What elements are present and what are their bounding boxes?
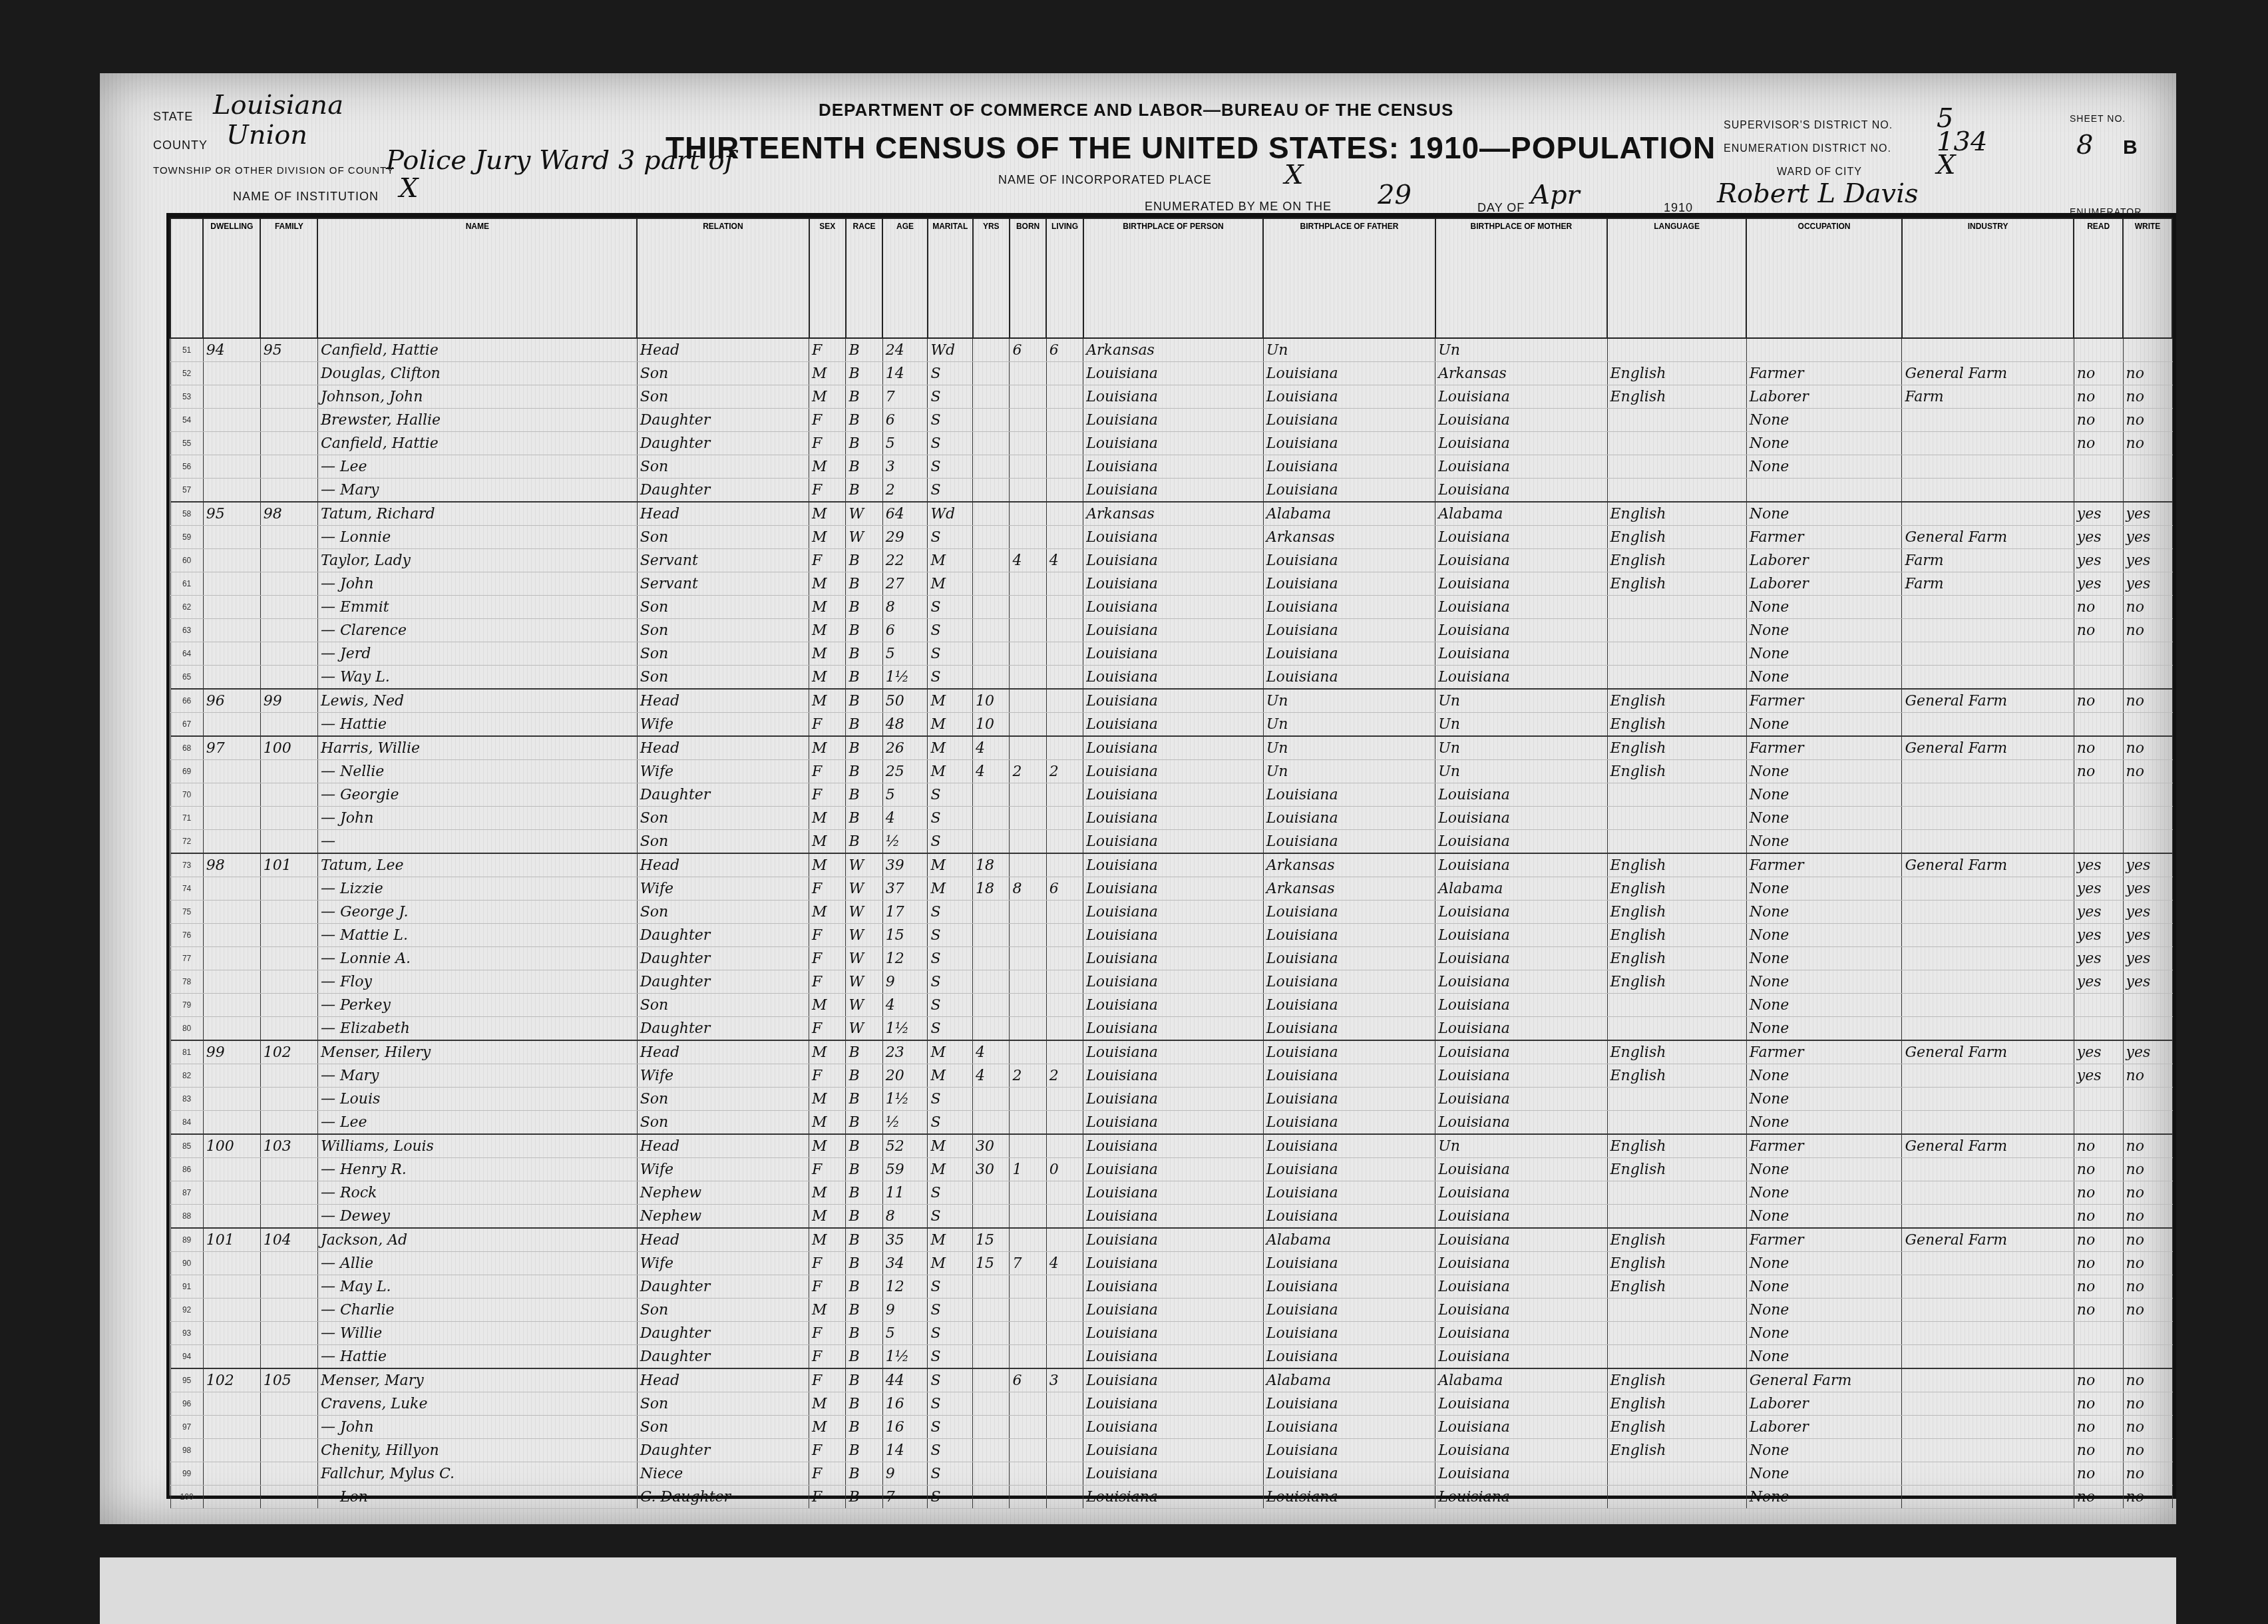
column-header: Name <box>317 218 637 338</box>
cell-ind <box>1902 666 2074 690</box>
cell-sex: F <box>809 1345 846 1369</box>
cell-liv <box>1046 1392 1083 1416</box>
cell-yrs <box>973 642 1010 666</box>
cell-dw <box>203 1111 260 1135</box>
cell-line: 78 <box>170 970 203 994</box>
cell-sex: M <box>809 596 846 619</box>
cell-bp: Louisiana <box>1083 1299 1264 1322</box>
cell-ind: Farm <box>1902 572 2074 596</box>
cell-bm: Louisiana <box>1435 1064 1607 1088</box>
cell-name: — Jerd <box>317 642 637 666</box>
cell-fam <box>260 1322 317 1345</box>
cell-born <box>1010 1392 1046 1416</box>
cell-mar: S <box>928 970 973 994</box>
cell-mar: Wd <box>928 338 973 362</box>
cell-wr: no <box>2123 1275 2172 1299</box>
cell-rd: yes <box>2074 970 2123 994</box>
cell-liv <box>1046 1134 1083 1158</box>
cell-yrs: 18 <box>973 877 1010 901</box>
cell-born <box>1010 1439 1046 1462</box>
cell-bm: Louisiana <box>1435 619 1607 642</box>
cell-lang <box>1607 1205 1746 1229</box>
cell-dw <box>203 1064 260 1088</box>
cell-born: 6 <box>1010 338 1046 362</box>
cell-rd: no <box>2074 689 2123 713</box>
census-row: 92— CharlieSonMB9SLouisianaLouisianaLoui… <box>170 1299 2172 1322</box>
cell-yrs <box>973 619 1010 642</box>
cell-sex: F <box>809 479 846 503</box>
cell-bm: Louisiana <box>1435 1322 1607 1345</box>
cell-rel: Wife <box>637 713 809 737</box>
cell-wr <box>2123 807 2172 830</box>
cell-wr: no <box>2123 760 2172 783</box>
cell-name: — Mary <box>317 479 637 503</box>
cell-occ: Farmer <box>1746 853 1902 877</box>
cell-wr <box>2123 994 2172 1017</box>
cell-bp: Louisiana <box>1083 1462 1264 1486</box>
cell-wr: yes <box>2123 549 2172 572</box>
census-row: 589598Tatum, RichardHeadMW64WdArkansasAl… <box>170 502 2172 526</box>
cell-bm: Louisiana <box>1435 1439 1607 1462</box>
cell-lang <box>1607 1322 1746 1345</box>
cell-bf: Louisiana <box>1263 901 1435 924</box>
cell-fam <box>260 385 317 409</box>
cell-age: 7 <box>882 1486 928 1509</box>
cell-wr: no <box>2123 1299 2172 1322</box>
cell-wr <box>2123 1017 2172 1041</box>
cell-rel: Son <box>637 807 809 830</box>
cell-occ: None <box>1746 596 1902 619</box>
cell-rd <box>2074 1345 2123 1369</box>
cell-fam <box>260 479 317 503</box>
cell-wr: no <box>2123 1439 2172 1462</box>
column-header: Birthplace of Father <box>1263 218 1435 338</box>
cell-occ: Farmer <box>1746 1040 1902 1064</box>
cell-age: 8 <box>882 1205 928 1229</box>
cell-race: B <box>846 362 882 385</box>
cell-bp: Louisiana <box>1083 455 1264 479</box>
cell-race: B <box>846 1228 882 1252</box>
cell-name: Cravens, Luke <box>317 1392 637 1416</box>
cell-bm: Louisiana <box>1435 1158 1607 1181</box>
cell-line: 56 <box>170 455 203 479</box>
cell-lang <box>1607 455 1746 479</box>
cell-lang <box>1607 783 1746 807</box>
cell-occ: Laborer <box>1746 1416 1902 1439</box>
cell-wr <box>2123 666 2172 690</box>
cell-age: 29 <box>882 526 928 549</box>
cell-dw: 95 <box>203 502 260 526</box>
census-row: 98Chenity, HillyonDaughterFB14SLouisiana… <box>170 1439 2172 1462</box>
cell-fam: 98 <box>260 502 317 526</box>
cell-dw <box>203 947 260 970</box>
cell-occ: Farmer <box>1746 362 1902 385</box>
cell-name: — Lonnie <box>317 526 637 549</box>
column-header: Marital <box>928 218 973 338</box>
cell-rel: Son <box>637 1111 809 1135</box>
cell-race: B <box>846 807 882 830</box>
cell-occ: None <box>1746 760 1902 783</box>
cell-bm: Louisiana <box>1435 807 1607 830</box>
cell-liv <box>1046 1228 1083 1252</box>
cell-occ: None <box>1746 1345 1902 1369</box>
cell-occ: None <box>1746 1158 1902 1181</box>
cell-rel: Daughter <box>637 783 809 807</box>
cell-occ: None <box>1746 1299 1902 1322</box>
cell-bf: Un <box>1263 760 1435 783</box>
cell-dw <box>203 572 260 596</box>
cell-liv: 6 <box>1046 338 1083 362</box>
cell-sex: F <box>809 1158 846 1181</box>
cell-bm: Un <box>1435 736 1607 760</box>
cell-name: — Mary <box>317 1064 637 1088</box>
census-row: 87— RockNephewMB11SLouisianaLouisianaLou… <box>170 1181 2172 1205</box>
cell-dw <box>203 1181 260 1205</box>
column-header: Relation <box>637 218 809 338</box>
cell-liv <box>1046 1486 1083 1509</box>
cell-born <box>1010 432 1046 455</box>
cell-name: — Floy <box>317 970 637 994</box>
cell-bf: Un <box>1263 338 1435 362</box>
cell-bp: Louisiana <box>1083 479 1264 503</box>
cell-race: B <box>846 549 882 572</box>
cell-rel: Son <box>637 526 809 549</box>
cell-dw <box>203 1416 260 1439</box>
cell-yrs <box>973 970 1010 994</box>
cell-rd <box>2074 1322 2123 1345</box>
census-row: 57— MaryDaughterFB2SLouisianaLouisianaLo… <box>170 479 2172 503</box>
cell-dw <box>203 1486 260 1509</box>
cell-rd: no <box>2074 1299 2123 1322</box>
cell-bf: Louisiana <box>1263 572 1435 596</box>
cell-rel: Wife <box>637 1064 809 1088</box>
cell-bm: Arkansas <box>1435 362 1607 385</box>
cell-lang: English <box>1607 1275 1746 1299</box>
cell-fam <box>260 1205 317 1229</box>
cell-ind <box>1902 1368 2074 1392</box>
cell-bm: Louisiana <box>1435 642 1607 666</box>
cell-ind <box>1902 1111 2074 1135</box>
cell-bm: Louisiana <box>1435 1017 1607 1041</box>
cell-dw <box>203 666 260 690</box>
cell-rel: Son <box>637 666 809 690</box>
cell-bf: Louisiana <box>1263 947 1435 970</box>
cell-occ: None <box>1746 666 1902 690</box>
cell-bm: Alabama <box>1435 877 1607 901</box>
cell-yrs <box>973 1322 1010 1345</box>
cell-dw <box>203 526 260 549</box>
census-row: 82— MaryWifeFB20M422LouisianaLouisianaLo… <box>170 1064 2172 1088</box>
cell-race: B <box>846 713 882 737</box>
cell-ind <box>1902 1017 2074 1041</box>
cell-lang: English <box>1607 502 1746 526</box>
cell-line: 57 <box>170 479 203 503</box>
cell-born: 1 <box>1010 1158 1046 1181</box>
cell-wr: no <box>2123 1134 2172 1158</box>
cell-bp: Louisiana <box>1083 666 1264 690</box>
cell-lang: English <box>1607 947 1746 970</box>
cell-liv <box>1046 901 1083 924</box>
incorporated-place-value: X <box>1284 160 1303 190</box>
cell-occ: None <box>1746 409 1902 432</box>
cell-lang: English <box>1607 924 1746 947</box>
cell-rel: Son <box>637 1088 809 1111</box>
cell-sex: M <box>809 619 846 642</box>
cell-rel: Head <box>637 1228 809 1252</box>
cell-fam <box>260 1275 317 1299</box>
next-sheet-edge <box>100 1557 2176 1624</box>
cell-race: B <box>846 385 882 409</box>
enumeration-district-label: ENUMERATION DISTRICT NO. <box>1724 143 1891 155</box>
cell-ind <box>1902 455 2074 479</box>
cell-dw <box>203 596 260 619</box>
cell-mar: S <box>928 1368 973 1392</box>
cell-fam <box>260 830 317 854</box>
cell-line: 90 <box>170 1252 203 1275</box>
cell-age: ½ <box>882 1111 928 1135</box>
cell-bm: Louisiana <box>1435 1252 1607 1275</box>
cell-wr: no <box>2123 1064 2172 1088</box>
cell-ind <box>1902 1205 2074 1229</box>
cell-bm: Louisiana <box>1435 830 1607 854</box>
cell-sex: F <box>809 924 846 947</box>
cell-rel: Son <box>637 994 809 1017</box>
cell-wr: no <box>2123 432 2172 455</box>
cell-line: 74 <box>170 877 203 901</box>
cell-sex: F <box>809 1275 846 1299</box>
cell-bp: Louisiana <box>1083 1181 1264 1205</box>
cell-lang: English <box>1607 572 1746 596</box>
cell-line: 83 <box>170 1088 203 1111</box>
cell-age: 44 <box>882 1368 928 1392</box>
cell-bp: Louisiana <box>1083 526 1264 549</box>
cell-ind <box>1902 1064 2074 1088</box>
cell-yrs <box>973 479 1010 503</box>
cell-wr: no <box>2123 1462 2172 1486</box>
cell-ind: General Farm <box>1902 1040 2074 1064</box>
enumeration-day: 29 <box>1378 180 1412 210</box>
cell-dw <box>203 1439 260 1462</box>
cell-bf: Louisiana <box>1263 1275 1435 1299</box>
incorporated-place-label: NAME OF INCORPORATED PLACE <box>998 173 1212 187</box>
cell-lang: English <box>1607 1252 1746 1275</box>
cell-bm: Louisiana <box>1435 572 1607 596</box>
cell-line: 68 <box>170 736 203 760</box>
column-header: Language <box>1607 218 1746 338</box>
census-row: 6897100Harris, WillieHeadMB26M4Louisiana… <box>170 736 2172 760</box>
cell-lang <box>1607 1088 1746 1111</box>
cell-line: 92 <box>170 1299 203 1322</box>
cell-age: 14 <box>882 1439 928 1462</box>
cell-race: B <box>846 338 882 362</box>
cell-mar: S <box>928 807 973 830</box>
column-header: Sex <box>809 218 846 338</box>
cell-yrs <box>973 830 1010 854</box>
cell-mar: S <box>928 432 973 455</box>
cell-rd: yes <box>2074 572 2123 596</box>
cell-mar: M <box>928 853 973 877</box>
cell-rel: Nephew <box>637 1205 809 1229</box>
cell-lang: English <box>1607 1040 1746 1064</box>
cell-occ: Laborer <box>1746 1392 1902 1416</box>
cell-lang <box>1607 994 1746 1017</box>
cell-bf: Louisiana <box>1263 1111 1435 1135</box>
cell-lang: English <box>1607 970 1746 994</box>
cell-age: 9 <box>882 1462 928 1486</box>
cell-ind <box>1902 1322 2074 1345</box>
cell-mar: M <box>928 549 973 572</box>
cell-bf: Louisiana <box>1263 1088 1435 1111</box>
cell-rel: Niece <box>637 1462 809 1486</box>
cell-age: 1½ <box>882 1017 928 1041</box>
cell-bf: Alabama <box>1263 1228 1435 1252</box>
cell-dw <box>203 1017 260 1041</box>
cell-wr: yes <box>2123 1040 2172 1064</box>
cell-rd: no <box>2074 409 2123 432</box>
cell-lang: English <box>1607 1158 1746 1181</box>
cell-born: 6 <box>1010 1368 1046 1392</box>
cell-fam: 101 <box>260 853 317 877</box>
cell-fam <box>260 924 317 947</box>
cell-mar: S <box>928 385 973 409</box>
cell-name: — Way L. <box>317 666 637 690</box>
cell-race: B <box>846 830 882 854</box>
cell-rel: G. Daughter <box>637 1486 809 1509</box>
cell-rd: no <box>2074 1252 2123 1275</box>
cell-bm: Louisiana <box>1435 1299 1607 1322</box>
cell-bp: Louisiana <box>1083 1134 1264 1158</box>
cell-rel: Head <box>637 1368 809 1392</box>
cell-bf: Un <box>1263 736 1435 760</box>
cell-bp: Louisiana <box>1083 689 1264 713</box>
cell-liv: 2 <box>1046 1064 1083 1088</box>
cell-race: W <box>846 1017 882 1041</box>
cell-sex: M <box>809 689 846 713</box>
cell-fam: 105 <box>260 1368 317 1392</box>
cell-bf: Louisiana <box>1263 479 1435 503</box>
cell-name: Fallchur, Mylus C. <box>317 1462 637 1486</box>
cell-line: 100 <box>170 1486 203 1509</box>
cell-ind <box>1902 1158 2074 1181</box>
cell-name: Canfield, Hattie <box>317 432 637 455</box>
cell-born <box>1010 1040 1046 1064</box>
cell-born: 2 <box>1010 1064 1046 1088</box>
census-row: 100— LonG. DaughterFB7SLouisianaLouisian… <box>170 1486 2172 1509</box>
cell-line: 72 <box>170 830 203 854</box>
cell-yrs <box>973 1088 1010 1111</box>
cell-rd <box>2074 994 2123 1017</box>
cell-yrs <box>973 994 1010 1017</box>
cell-born <box>1010 1275 1046 1299</box>
census-row: 72— SonMB½SLouisianaLouisianaLouisianaNo… <box>170 830 2172 854</box>
cell-mar: S <box>928 642 973 666</box>
cell-fam: 100 <box>260 736 317 760</box>
cell-bm: Louisiana <box>1435 432 1607 455</box>
cell-occ: None <box>1746 877 1902 901</box>
cell-age: 2 <box>882 479 928 503</box>
cell-born <box>1010 994 1046 1017</box>
cell-born <box>1010 970 1046 994</box>
cell-born <box>1010 901 1046 924</box>
cell-liv <box>1046 432 1083 455</box>
cell-ind <box>1902 409 2074 432</box>
cell-wr: yes <box>2123 526 2172 549</box>
cell-yrs <box>973 1345 1010 1369</box>
cell-bf: Louisiana <box>1263 409 1435 432</box>
cell-age: 8 <box>882 596 928 619</box>
cell-line: 65 <box>170 666 203 690</box>
census-title: THIRTEENTH CENSUS OF THE UNITED STATES: … <box>665 130 1716 166</box>
cell-rd: yes <box>2074 526 2123 549</box>
census-row: 53Johnson, JohnSonMB7SLouisianaLouisiana… <box>170 385 2172 409</box>
cell-occ: None <box>1746 783 1902 807</box>
cell-born <box>1010 1416 1046 1439</box>
cell-rel: Son <box>637 1299 809 1322</box>
cell-dw <box>203 1322 260 1345</box>
cell-liv <box>1046 572 1083 596</box>
cell-rd: yes <box>2074 853 2123 877</box>
cell-race: W <box>846 924 882 947</box>
cell-rd: no <box>2074 385 2123 409</box>
cell-age: 5 <box>882 1322 928 1345</box>
cell-ind <box>1902 642 2074 666</box>
sheet-label: SHEET NO. <box>2070 113 2126 124</box>
cell-ind: Farm <box>1902 385 2074 409</box>
cell-rel: Head <box>637 1134 809 1158</box>
cell-yrs: 15 <box>973 1252 1010 1275</box>
cell-rd: no <box>2074 619 2123 642</box>
cell-sex: F <box>809 409 846 432</box>
column-header: Race <box>846 218 882 338</box>
cell-dw: 100 <box>203 1134 260 1158</box>
census-row: 95102105Menser, MaryHeadFB44S63Louisiana… <box>170 1368 2172 1392</box>
cell-race: B <box>846 1088 882 1111</box>
cell-race: B <box>846 1345 882 1369</box>
cell-sex: M <box>809 1111 846 1135</box>
cell-fam <box>260 807 317 830</box>
cell-liv <box>1046 924 1083 947</box>
cell-line: 59 <box>170 526 203 549</box>
cell-bf: Louisiana <box>1263 1017 1435 1041</box>
cell-bm: Louisiana <box>1435 526 1607 549</box>
cell-yrs <box>973 1111 1010 1135</box>
cell-born: 4 <box>1010 549 1046 572</box>
cell-bf: Louisiana <box>1263 432 1435 455</box>
cell-born <box>1010 736 1046 760</box>
cell-liv <box>1046 1275 1083 1299</box>
cell-fam <box>260 1017 317 1041</box>
cell-dw <box>203 479 260 503</box>
census-row: 59— LonnieSonMW29SLouisianaArkansasLouis… <box>170 526 2172 549</box>
cell-rd <box>2074 479 2123 503</box>
cell-wr: no <box>2123 619 2172 642</box>
cell-occ: Laborer <box>1746 385 1902 409</box>
cell-born <box>1010 1322 1046 1345</box>
cell-race: B <box>846 1486 882 1509</box>
cell-line: 54 <box>170 409 203 432</box>
cell-mar: S <box>928 362 973 385</box>
cell-bp: Louisiana <box>1083 572 1264 596</box>
cell-line: 64 <box>170 642 203 666</box>
cell-wr: no <box>2123 596 2172 619</box>
cell-dw <box>203 713 260 737</box>
cell-bf: Louisiana <box>1263 642 1435 666</box>
cell-bf: Alabama <box>1263 502 1435 526</box>
cell-sex: F <box>809 760 846 783</box>
cell-yrs <box>973 362 1010 385</box>
cell-name: Harris, Willie <box>317 736 637 760</box>
cell-race: W <box>846 970 882 994</box>
